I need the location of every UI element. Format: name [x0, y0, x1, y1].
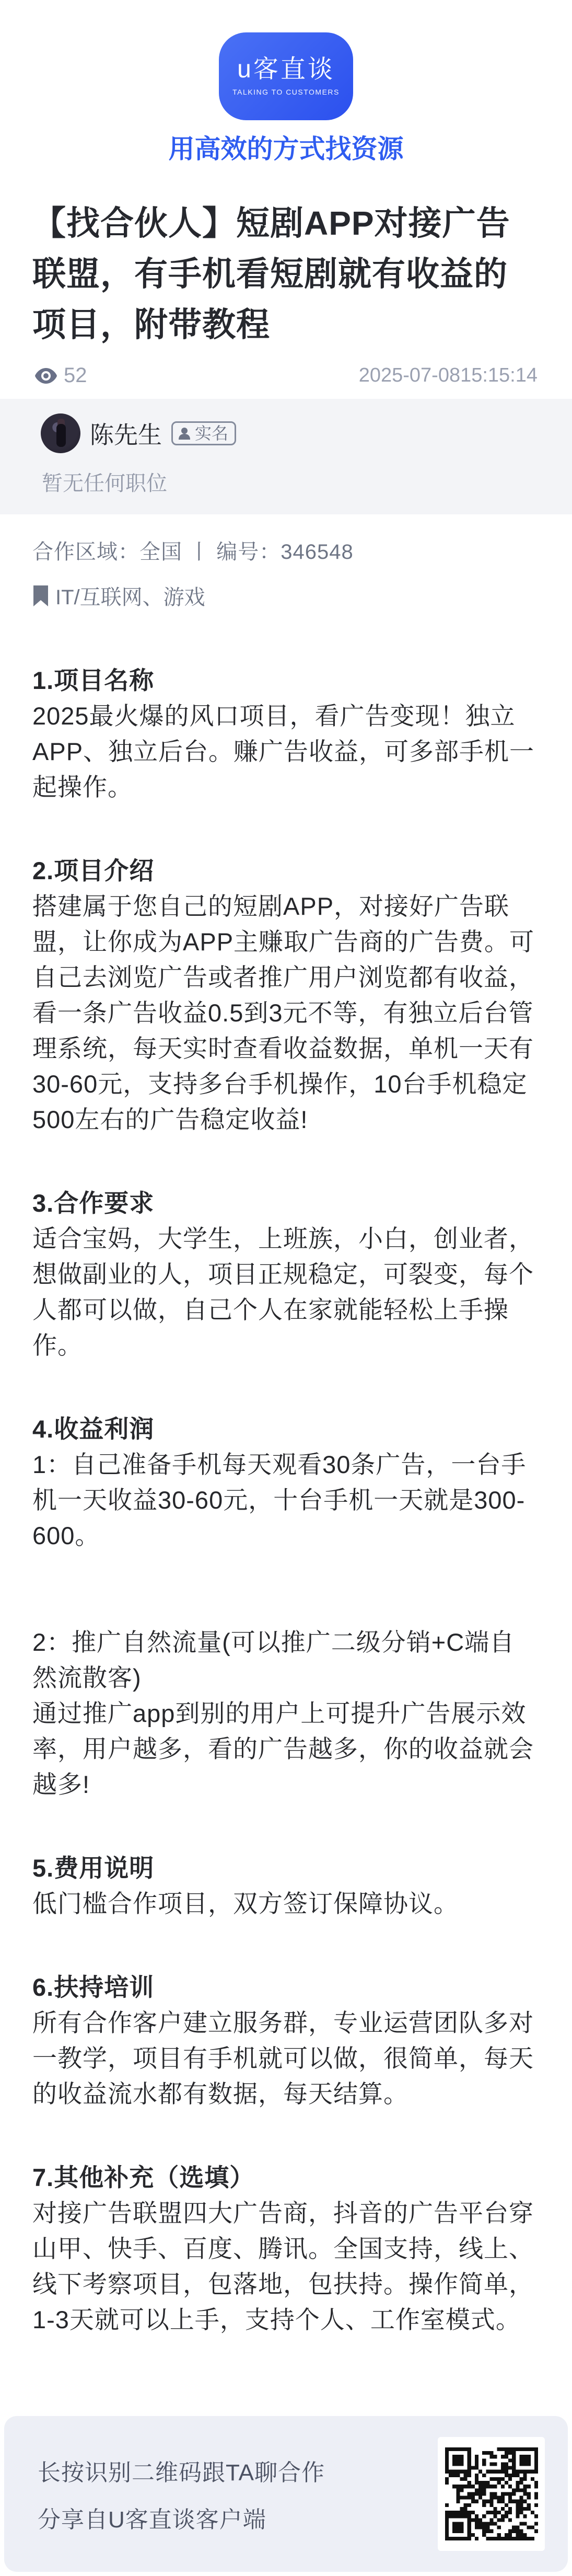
- category-tags-row: IT/互联网、游戏: [32, 581, 540, 611]
- section-heading: 2.项目介绍: [32, 853, 540, 889]
- post-title: 【找合伙人】短剧APP对接广告联盟，有手机看短剧就有收益的项目，附带教程: [32, 198, 540, 350]
- post-body: 1.项目名称 2025最火爆的风口项目，看广告变现！独立APP、独立后台。赚广告…: [32, 663, 540, 2338]
- view-count: 52: [64, 364, 87, 387]
- region-number-line: 合作区域：全国 丨 编号：346548: [32, 535, 540, 565]
- section-heading: 7.其他补充（选填）: [32, 2160, 540, 2195]
- section-heading: 6.扶持培训: [32, 1970, 540, 2005]
- section-heading: 3.合作要求: [32, 1186, 540, 1221]
- author-job: 暂无任何职位: [0, 467, 572, 497]
- section-project-intro: 2.项目介绍 搭建属于您自己的短剧APP，对接好广告联盟，让你成为APP主赚取广…: [32, 853, 540, 1137]
- section-body: 对接广告联盟四大广告商，抖音的广告平台穿山甲、快手、百度、腾讯。全国支持，线上、…: [32, 2195, 540, 2338]
- section-cooperation-requirements: 3.合作要求 适合宝妈，大学生，上班族，小白，创业者，想做副业的人，项目正规稳定…: [32, 1186, 540, 1363]
- section-body: 搭建属于您自己的短剧APP，对接好广告联盟，让你成为APP主赚取广告商的广告费。…: [32, 889, 540, 1137]
- author-name: 陈先生: [90, 416, 162, 451]
- app-logo: u客直谈 TALKING TO CUSTOMERS: [219, 32, 353, 120]
- qr-code-icon: [445, 2447, 538, 2540]
- footer-text-group: 长按识别二维码跟TA聊合作 分享自U客直谈客户端: [38, 2454, 325, 2534]
- category-tags: IT/互联网、游戏: [55, 581, 205, 611]
- bookmark-icon: [32, 585, 49, 606]
- section-other-notes: 7.其他补充（选填） 对接广告联盟四大广告商，抖音的广告平台穿山甲、快手、百度、…: [32, 2160, 540, 2338]
- author-card: 陈先生 实名 暂无任何职位: [0, 399, 572, 514]
- section-heading: 5.费用说明: [32, 1850, 540, 1886]
- section-body: 低门槛合作项目，双方签订保障协议。: [32, 1886, 540, 1922]
- post-meta-row: 52 2025-07-0815:15:14: [34, 364, 538, 387]
- section-body: 2025最火爆的风口项目，看广告变现！独立APP、独立后台。赚广告收益，可多部手…: [32, 698, 540, 805]
- realname-badge: 实名: [171, 421, 236, 445]
- views-group: 52: [34, 364, 87, 387]
- section-body: 1：自己准备手机每天观看30条广告，一台手机一天收益30-60元，十台手机一天就…: [32, 1447, 540, 1802]
- share-page: u客直谈 TALKING TO CUSTOMERS 用高效的方式找资源 【找合伙…: [0, 0, 572, 2576]
- footer-line-2: 分享自U客直谈客户端: [38, 2501, 325, 2534]
- app-logo-subtitle: TALKING TO CUSTOMERS: [232, 88, 340, 96]
- share-footer: 长按识别二维码跟TA聊合作 分享自U客直谈客户端: [4, 2416, 568, 2572]
- author-row: 陈先生 实名: [0, 413, 572, 453]
- app-tagline: 用高效的方式找资源: [0, 135, 572, 164]
- section-heading: 4.收益利润: [32, 1411, 540, 1447]
- eye-icon: [34, 367, 57, 384]
- section-body: 所有合作客户建立服务群，专业运营团队多对一教学，项目有手机就可以做，很简单，每天…: [32, 2005, 540, 2112]
- section-fees: 5.费用说明 低门槛合作项目，双方签订保障协议。: [32, 1850, 540, 1922]
- post-datetime: 2025-07-0815:15:14: [359, 364, 538, 387]
- section-heading: 1.项目名称: [32, 663, 540, 698]
- avatar[interactable]: [41, 413, 80, 453]
- app-logo-name: u客直谈: [237, 57, 335, 82]
- section-body: 适合宝妈，大学生，上班族，小白，创业者，想做副业的人，项目正规稳定，可裂变，每个…: [32, 1221, 540, 1363]
- realname-badge-label: 实名: [195, 425, 228, 442]
- footer-line-1: 长按识别二维码跟TA聊合作: [38, 2454, 325, 2487]
- section-project-name: 1.项目名称 2025最火爆的风口项目，看广告变现！独立APP、独立后台。赚广告…: [32, 663, 540, 805]
- section-profit: 4.收益利润 1：自己准备手机每天观看30条广告，一台手机一天收益30-60元，…: [32, 1411, 540, 1802]
- section-support-training: 6.扶持培训 所有合作客户建立服务群，专业运营团队多对一教学，项目有手机就可以做…: [32, 1970, 540, 2112]
- contact-qr-code[interactable]: [438, 2437, 545, 2551]
- person-icon: [177, 426, 192, 441]
